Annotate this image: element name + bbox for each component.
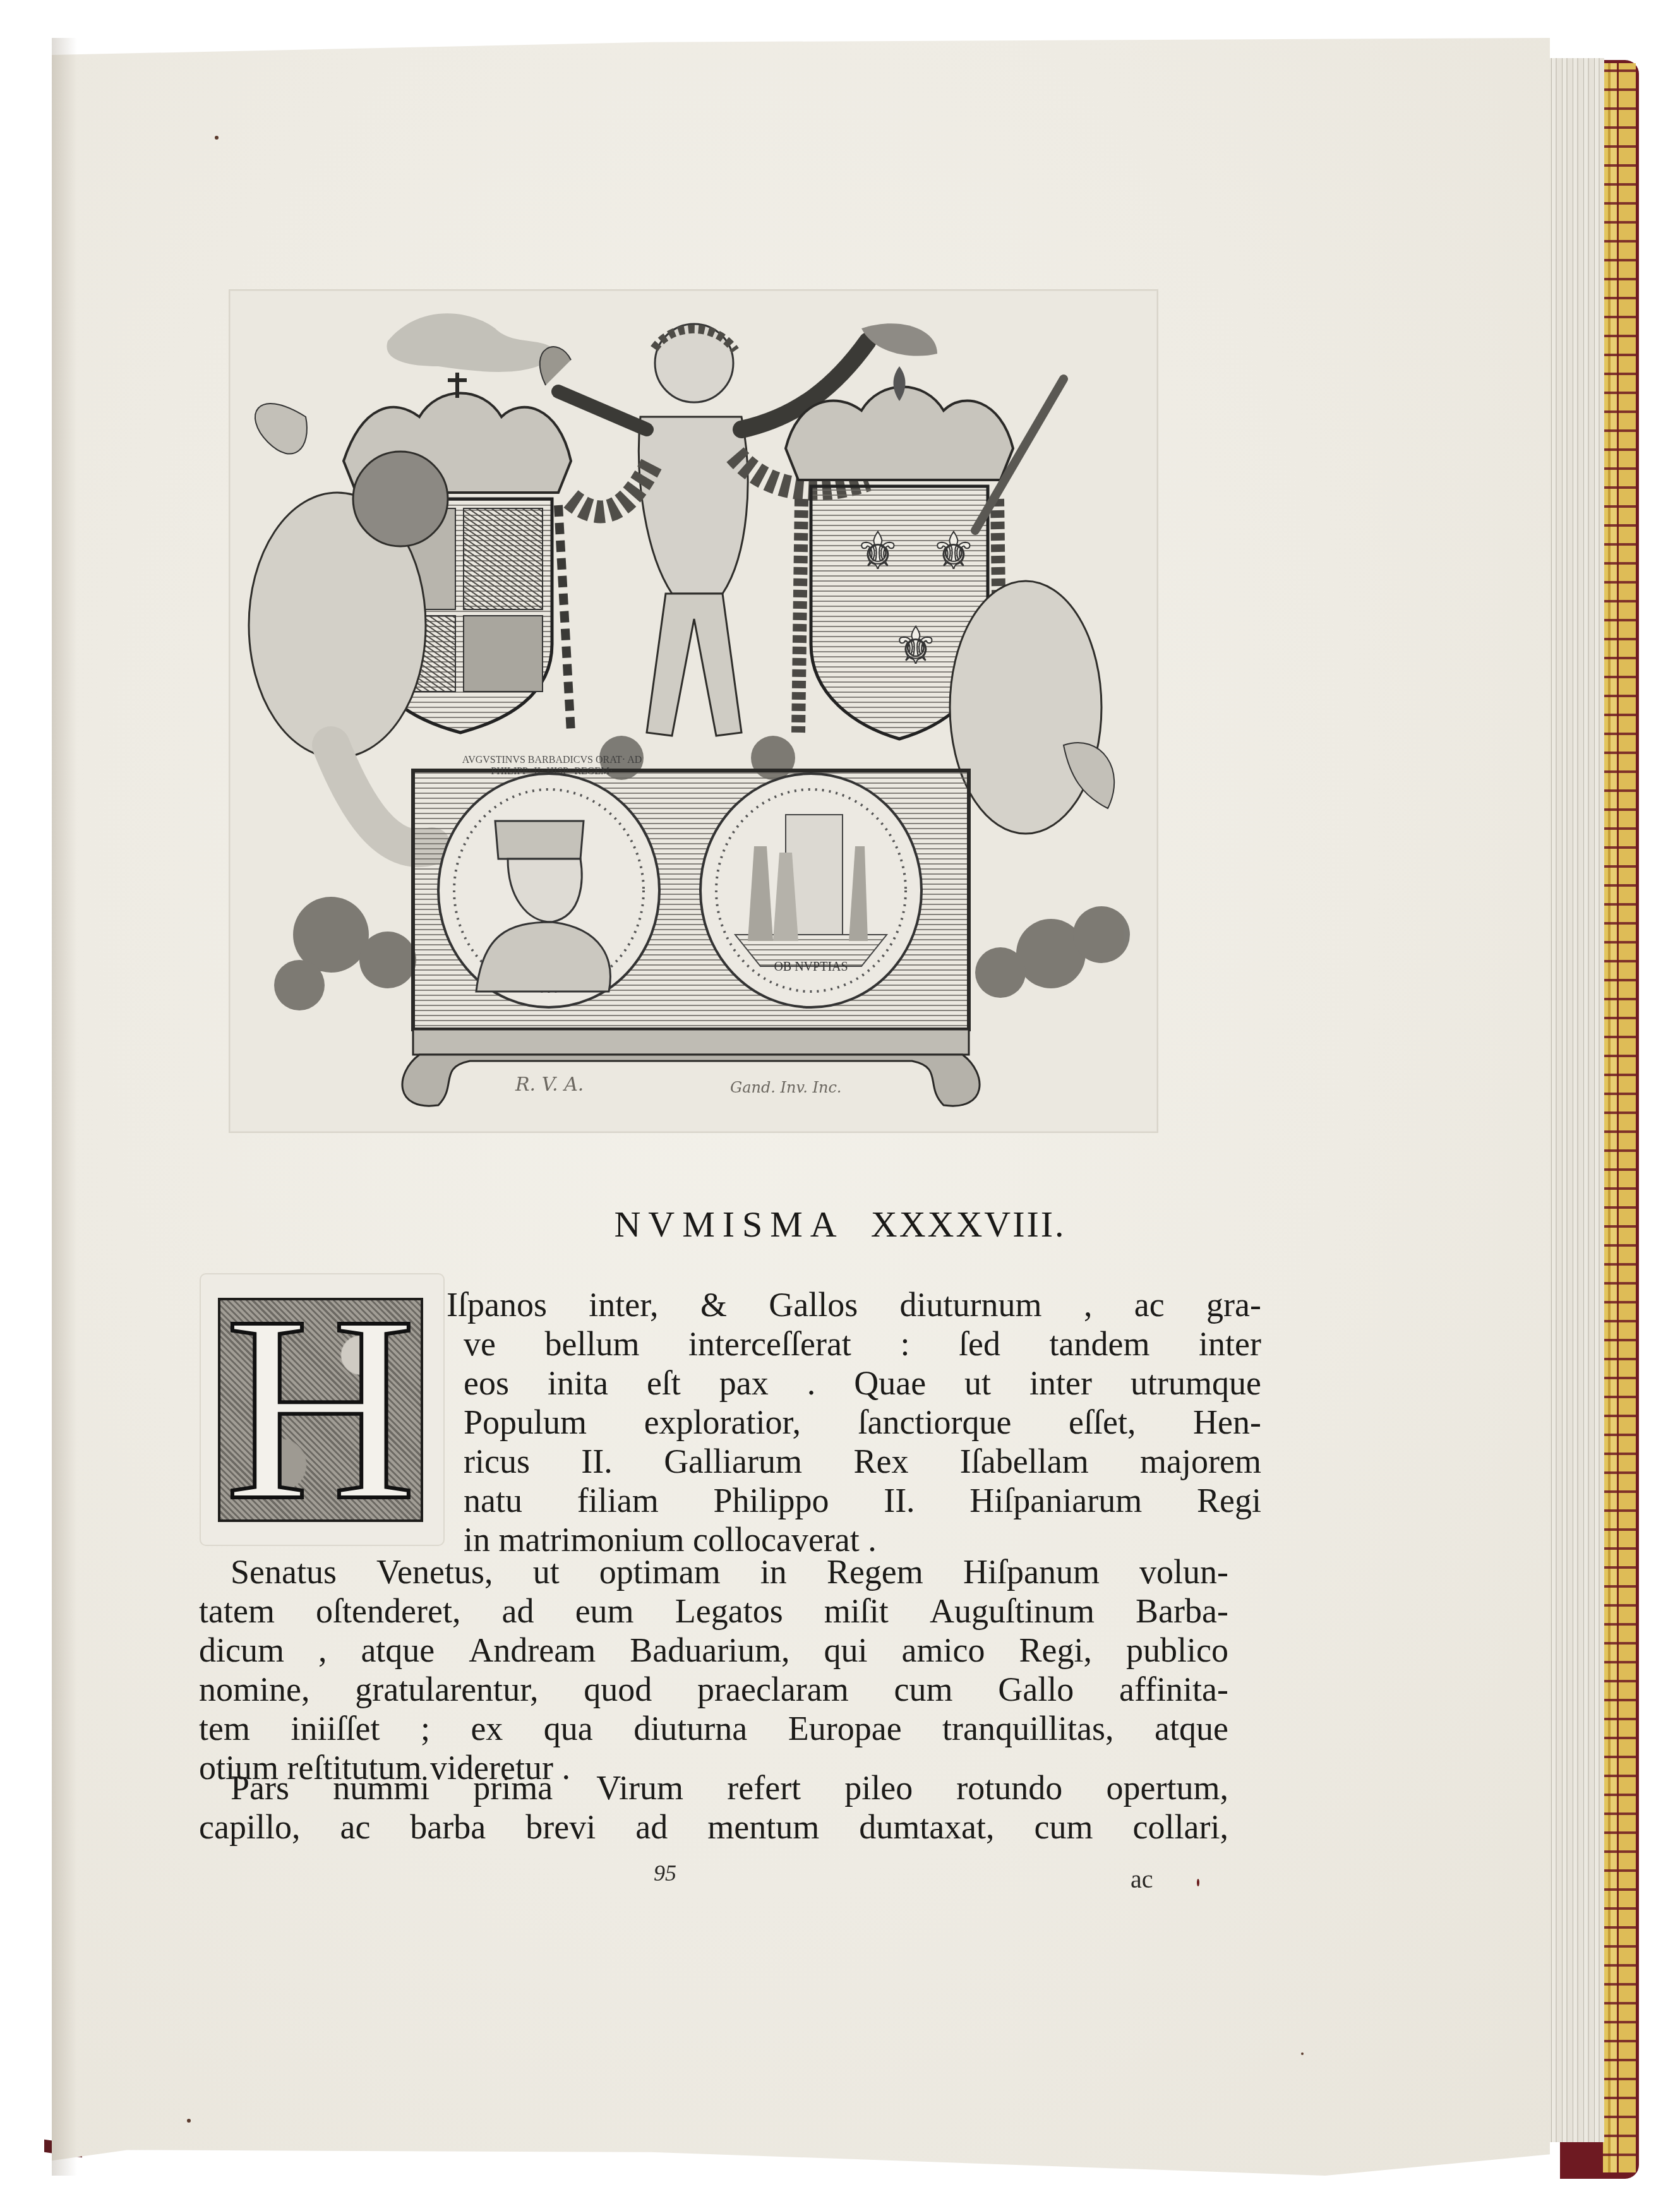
foxing-spot — [215, 136, 219, 140]
medal-obverse-legend: AVGVSTINVS BARBADICVS ORAT· AD PHILIPP· … — [457, 755, 647, 777]
text-line: Populumexploratior,ſanctiorqueeſſet,Hen- — [464, 1403, 1261, 1442]
catchword: ac — [1131, 1864, 1153, 1894]
page-gutter-shadow — [52, 38, 77, 2176]
page-heading: NVMISMAXXXXVIII. — [0, 1203, 1680, 1245]
foxing-spot — [1301, 2052, 1304, 2055]
foxing-spot — [1197, 1879, 1199, 1886]
svg-text:⚜: ⚜ — [893, 616, 939, 675]
engraving-plate: ⚜ ⚜ ⚜ — [229, 289, 1158, 1133]
medal-reverse-legend: OB NVPTIAS — [760, 960, 861, 974]
heading-number: XXXXVIII. — [871, 1204, 1066, 1245]
text-line: ParsnummiprimaVirumrefertpileorotundoope… — [231, 1768, 1228, 1807]
text-line: capillo,acbarbabreviadmentumdumtaxat,cum… — [199, 1807, 1228, 1847]
text-line: nomine,gratularentur,quodpraeclaramcumGa… — [199, 1670, 1228, 1709]
right-putto — [950, 581, 1114, 834]
heading-title: NVMISMA — [614, 1204, 844, 1245]
text-line: vebelluminterceſſerat:ſedtandeminter — [464, 1324, 1261, 1363]
order-collar — [558, 505, 571, 733]
foxing-spot — [187, 2119, 191, 2123]
text-line: SenatusVenetus,utoptimaminRegemHiſpanumv… — [231, 1552, 1228, 1591]
torch — [558, 392, 647, 429]
wing — [255, 404, 307, 454]
engraver-signature-right: Gand. Inv. Inc. — [730, 1079, 841, 1096]
drop-cap-letter: H — [218, 1288, 423, 1528]
page-stack-edge — [1541, 58, 1604, 2142]
smoke-cloud — [387, 313, 558, 372]
portrait-hat — [495, 821, 584, 859]
text-line: Iſpanosinter,&Gallosdiuturnum,acgra- — [447, 1285, 1261, 1324]
text-line: ricusII.GalliarumRexIſabellammajorem — [464, 1442, 1261, 1481]
text-line: natufiliamPhilippoII.HiſpaniarumRegi — [464, 1481, 1261, 1520]
drapery — [861, 323, 937, 356]
gilt-tooled-edge — [1603, 63, 1636, 2172]
engraving-illustration: ⚜ ⚜ ⚜ — [230, 291, 1157, 1132]
engraver-signature-left: R. V. A. — [515, 1074, 584, 1096]
text-line: eosinitaeſtpax.Quaeutinterutrumque — [464, 1363, 1261, 1403]
text-line: tatemoſtenderet,adeumLegatosmiſitAuguſti… — [199, 1591, 1228, 1631]
text-line: dicum,atqueAndreamBaduarium,quiamicoRegi… — [199, 1631, 1228, 1670]
text-line: teminiiſſet;exquadiuturnaEuropaetranquil… — [199, 1709, 1228, 1748]
signature-mark: 95 — [654, 1860, 676, 1886]
medal-tablet — [402, 770, 980, 1106]
svg-text:⚜: ⚜ — [931, 522, 976, 580]
svg-text:⚜: ⚜ — [855, 522, 901, 580]
